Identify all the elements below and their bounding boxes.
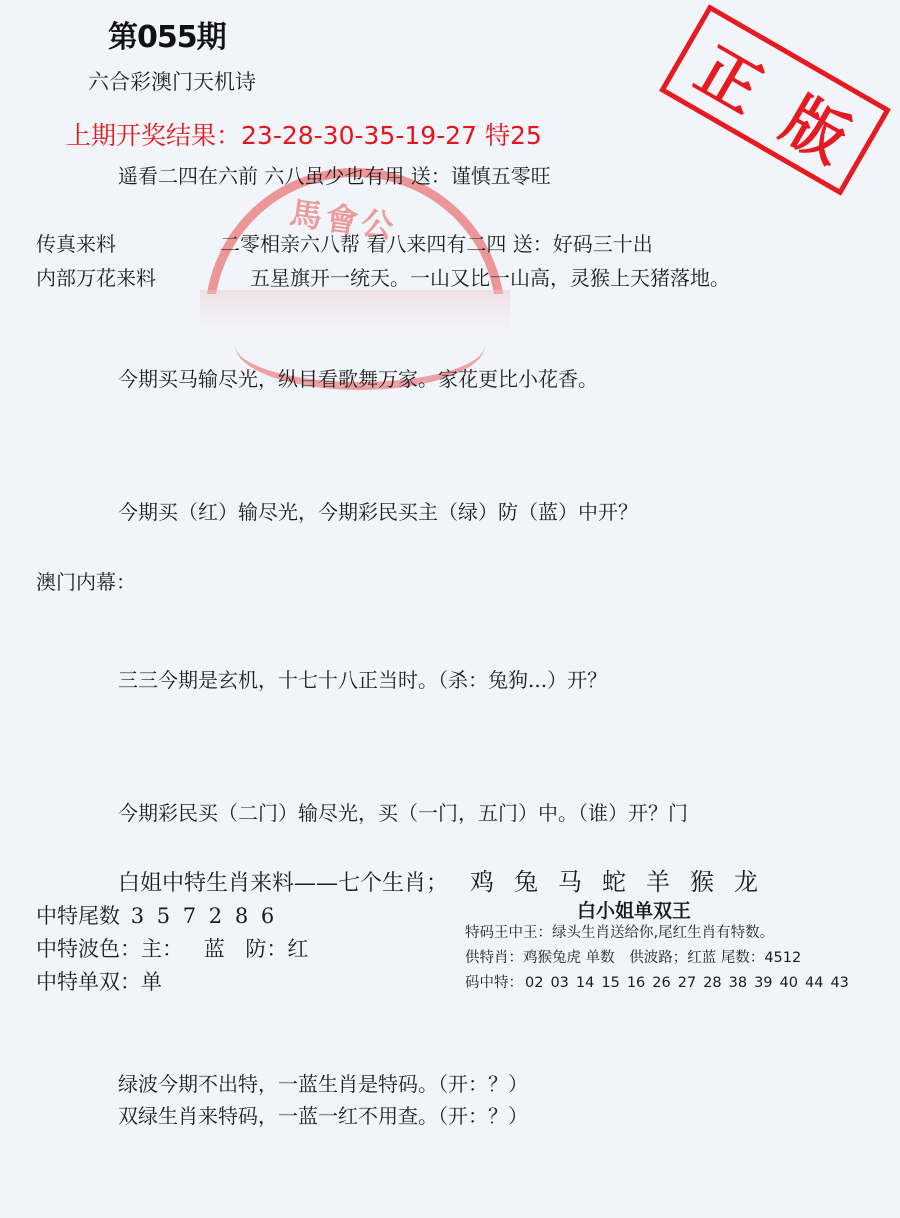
- tail-label: 中特尾数: [36, 904, 120, 928]
- zodiac-item: 蛇: [602, 868, 626, 896]
- wave-color-row: 中特波色：主： 蓝 防：红: [36, 933, 308, 963]
- last-result: 上期开奖结果：23-28-30-35-19-27 特25: [66, 116, 542, 152]
- codes-label: 码中特：: [465, 975, 523, 991]
- code-number: 38: [729, 975, 747, 991]
- panel-title: 白小姐单双王: [577, 896, 691, 923]
- code-number: 27: [678, 975, 696, 991]
- wave-tail-info: 供波路；红蓝 尾数：4512: [629, 950, 801, 966]
- panel-codes-line: 码中特：02031415162627283839404443: [465, 971, 856, 992]
- subtitle: 六合彩澳门天机诗: [88, 66, 256, 96]
- code-number: 02: [525, 975, 543, 991]
- internal-label: 内部万花来料: [36, 262, 156, 291]
- code-number: 28: [703, 975, 721, 991]
- tail-numbers-row: 中特尾数 3 5 7 2 8 6: [36, 900, 277, 930]
- special-zodiac-info: 供特肖：鸡猴兔虎 单数: [465, 950, 615, 966]
- zodiac-item: 马: [558, 868, 582, 896]
- odd-even-label: 中特单双：: [36, 970, 141, 994]
- wave-guard-label: 防：: [245, 937, 287, 961]
- code-number: 44: [805, 975, 823, 991]
- last-result-label: 上期开奖结果：: [66, 121, 241, 150]
- line-mystery: 三三今期是玄机，十七十八正当时。（杀：兔狗...）开？: [118, 664, 607, 693]
- line-doors: 今期彩民买（二门）输尽光，买（一门，五门）中。（谁）开？门: [118, 797, 688, 826]
- issue-title: 第055期: [108, 12, 226, 56]
- panel-line-1: 特码王中王：绿头生肖送给你,尾红生肖有特数。: [465, 921, 774, 942]
- line-colors: 今期买（红）输尽光，今期彩民买主（绿）防（蓝）中开？: [118, 496, 638, 525]
- zodiac-item: 猴: [690, 868, 714, 896]
- double-green-line: 双绿生肖来特码，一蓝一红不用查。（开：？）: [118, 1100, 528, 1129]
- wave-main-value: 蓝: [204, 937, 225, 961]
- zodiac-item: 兔: [514, 868, 538, 896]
- code-number: 15: [601, 975, 619, 991]
- wave-label: 中特波色：: [36, 937, 141, 961]
- code-number: 03: [550, 975, 568, 991]
- wave-main-label: 主：: [141, 937, 183, 961]
- fax-text: 二零相亲六八帮 看八来四有二四 送：好码三十出: [220, 228, 653, 257]
- green-wave-line: 绿波今期不出特，一蓝生肖是特码。（开：？）: [118, 1068, 528, 1097]
- zodiac-item: 鸡: [470, 868, 494, 896]
- internal-text: 五星旗开一统天。一山又比一山高，灵猴上天猪落地。: [250, 262, 730, 291]
- fax-label: 传真来料: [36, 228, 116, 257]
- zodiac-intro: 白姐中特生肖来料——七个生肖；: [118, 866, 448, 897]
- code-number: 43: [830, 975, 848, 991]
- code-number: 14: [576, 975, 594, 991]
- code-number: 40: [780, 975, 798, 991]
- zodiac-list: 鸡兔马蛇羊猴龙: [470, 862, 778, 897]
- last-result-numbers: 23-28-30-35-19-27: [241, 121, 477, 150]
- line-horse: 今期买马输尽光，纵目看歌舞万家。家花更比小花香。: [118, 363, 598, 392]
- wave-guard-value: 红: [287, 937, 308, 961]
- code-number: 26: [652, 975, 670, 991]
- code-number: 16: [627, 975, 645, 991]
- odd-even-row: 中特单双：单: [36, 966, 162, 996]
- genuine-edition-stamp: 正 版: [659, 4, 891, 196]
- stamp-char-zheng: 正: [683, 21, 781, 129]
- poem-intro: 遥看二四在六前 六八虽少也有用 送：谨慎五零旺: [118, 160, 551, 189]
- last-result-special: 特25: [485, 121, 542, 150]
- odd-even-value: 单: [141, 970, 162, 994]
- panel-line-2: 供特肖：鸡猴兔虎 单数 供波路；红蓝 尾数：4512: [465, 946, 801, 967]
- code-number: 39: [754, 975, 772, 991]
- stamp-char-ban: 版: [769, 71, 867, 179]
- zodiac-item: 羊: [646, 868, 670, 896]
- macau-label: 澳门内幕：: [36, 566, 136, 595]
- zodiac-item: 龙: [734, 868, 758, 896]
- tail-values: 3 5 7 2 8 6: [131, 904, 278, 928]
